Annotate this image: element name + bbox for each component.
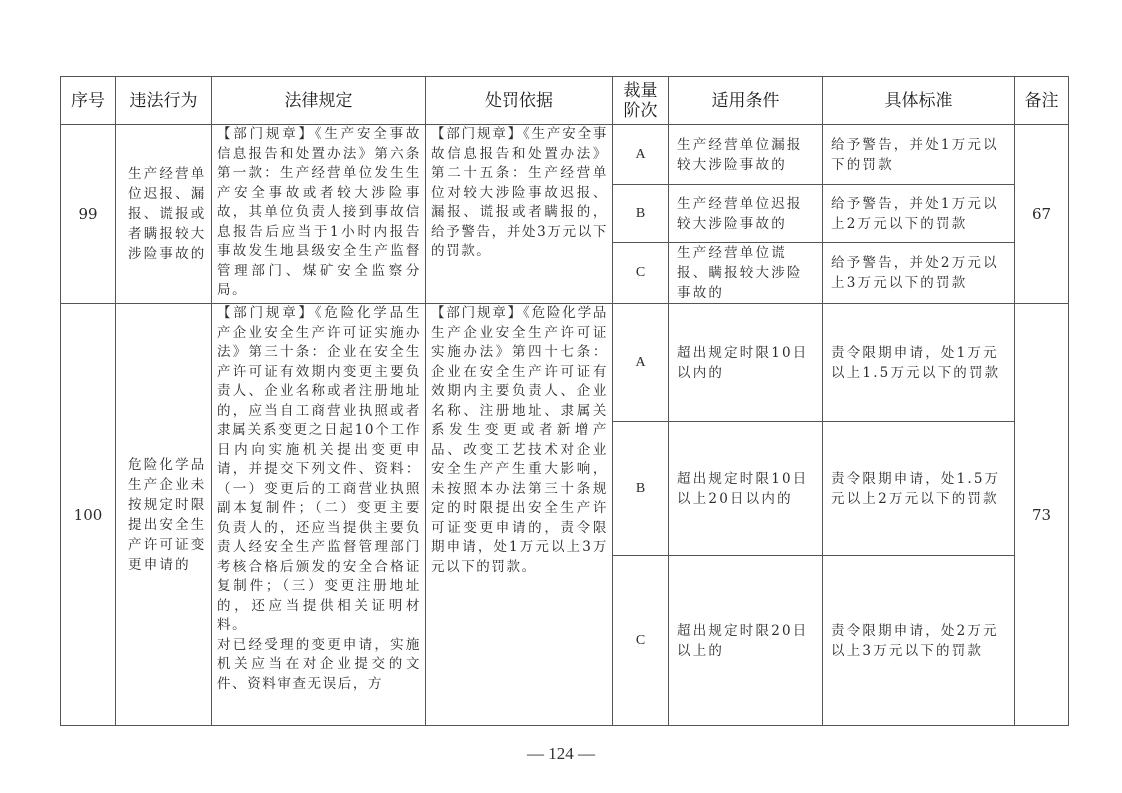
table-header-row: 序号 违法行为 法律规定 处罚依据 裁量阶次 适用条件 具体标准 备注 [61,77,1069,125]
row-level-c: C [613,556,669,726]
row-condition-a: 生产经营单位漏报较大涉险事故的 [669,125,823,185]
table-row: 100 危险化学品生产企业未按规定时限提出安全生产许可证变更申请的 【部门规章】… [61,304,1069,422]
row-condition-b: 生产经营单位迟报较大涉险事故的 [669,185,823,243]
row-condition-b: 超出规定时限10日以上20日以内的 [669,422,823,556]
row-condition-c: 超出规定时限20日以上的 [669,556,823,726]
header-level: 裁量阶次 [613,77,669,125]
header-note: 备注 [1015,77,1069,125]
row-law: 【部门规章】《生产安全事故信息报告和处置办法》第六条第一款：生产经营单位发生生产… [212,125,426,304]
row-law-main: 【部门规章】《危险化学品生产企业安全生产许可证实施办法》第三十条：企业在安全生产… [217,304,421,636]
row-penalty-basis: 【部门规章】《危险化学品生产企业安全生产许可证实施办法》第四十七条：企业在安全生… [426,304,613,726]
page-number: — 124 — [0,744,1122,764]
row-level-a: A [613,304,669,422]
row-condition-c: 生产经营单位谎报、瞒报较大涉险事故的 [669,243,823,304]
row-standard-b: 给予警告，并处1万元以上2万元以下的罚款 [823,185,1015,243]
row-penalty-basis: 【部门规章】《生产安全事故信息报告和处置办法》第二十五条：生产经营单位对较大涉险… [426,125,613,304]
row-standard-c: 给予警告，并处2万元以上3万元以下的罚款 [823,243,1015,304]
header-law: 法律规定 [212,77,426,125]
row-standard-a: 给予警告，并处1万元以下的罚款 [823,125,1015,185]
row-level-c: C [613,243,669,304]
document-page: 序号 违法行为 法律规定 处罚依据 裁量阶次 适用条件 具体标准 备注 99 生… [0,0,1122,793]
row-standard-c: 责令限期申请，处2万元以上3万元以下的罚款 [823,556,1015,726]
row-note: 73 [1015,304,1069,726]
header-level-label: 裁量阶次 [621,81,661,121]
row-seq: 99 [61,125,116,304]
header-standard: 具体标准 [823,77,1015,125]
row-condition-a: 超出规定时限10日以内的 [669,304,823,422]
row-note: 67 [1015,125,1069,304]
header-penalty-basis: 处罚依据 [426,77,613,125]
row-law: 【部门规章】《危险化学品生产企业安全生产许可证实施办法》第三十条：企业在安全生产… [212,304,426,726]
row-seq: 100 [61,304,116,726]
table-row: 99 生产经营单位迟报、漏报、谎报或者瞒报较大涉险事故的 【部门规章】《生产安全… [61,125,1069,185]
row-standard-a: 责令限期申请，处1万元以上1.5万元以下的罚款 [823,304,1015,422]
row-level-b: B [613,422,669,556]
row-standard-b: 责令限期申请，处1.5万元以上2万元以下的罚款 [823,422,1015,556]
row-violation: 危险化学品生产企业未按规定时限提出安全生产许可证变更申请的 [116,304,212,726]
penalty-discretion-table: 序号 违法行为 法律规定 处罚依据 裁量阶次 适用条件 具体标准 备注 99 生… [60,76,1069,726]
header-condition: 适用条件 [669,77,823,125]
row-law-continued: 对已经受理的变更申请，实施机关应当在对企业提交的文件、资料审查无误后，方 [217,636,421,695]
header-violation: 违法行为 [116,77,212,125]
header-seq: 序号 [61,77,116,125]
row-violation: 生产经营单位迟报、漏报、谎报或者瞒报较大涉险事故的 [116,125,212,304]
row-level-a: A [613,125,669,185]
row-level-b: B [613,185,669,243]
